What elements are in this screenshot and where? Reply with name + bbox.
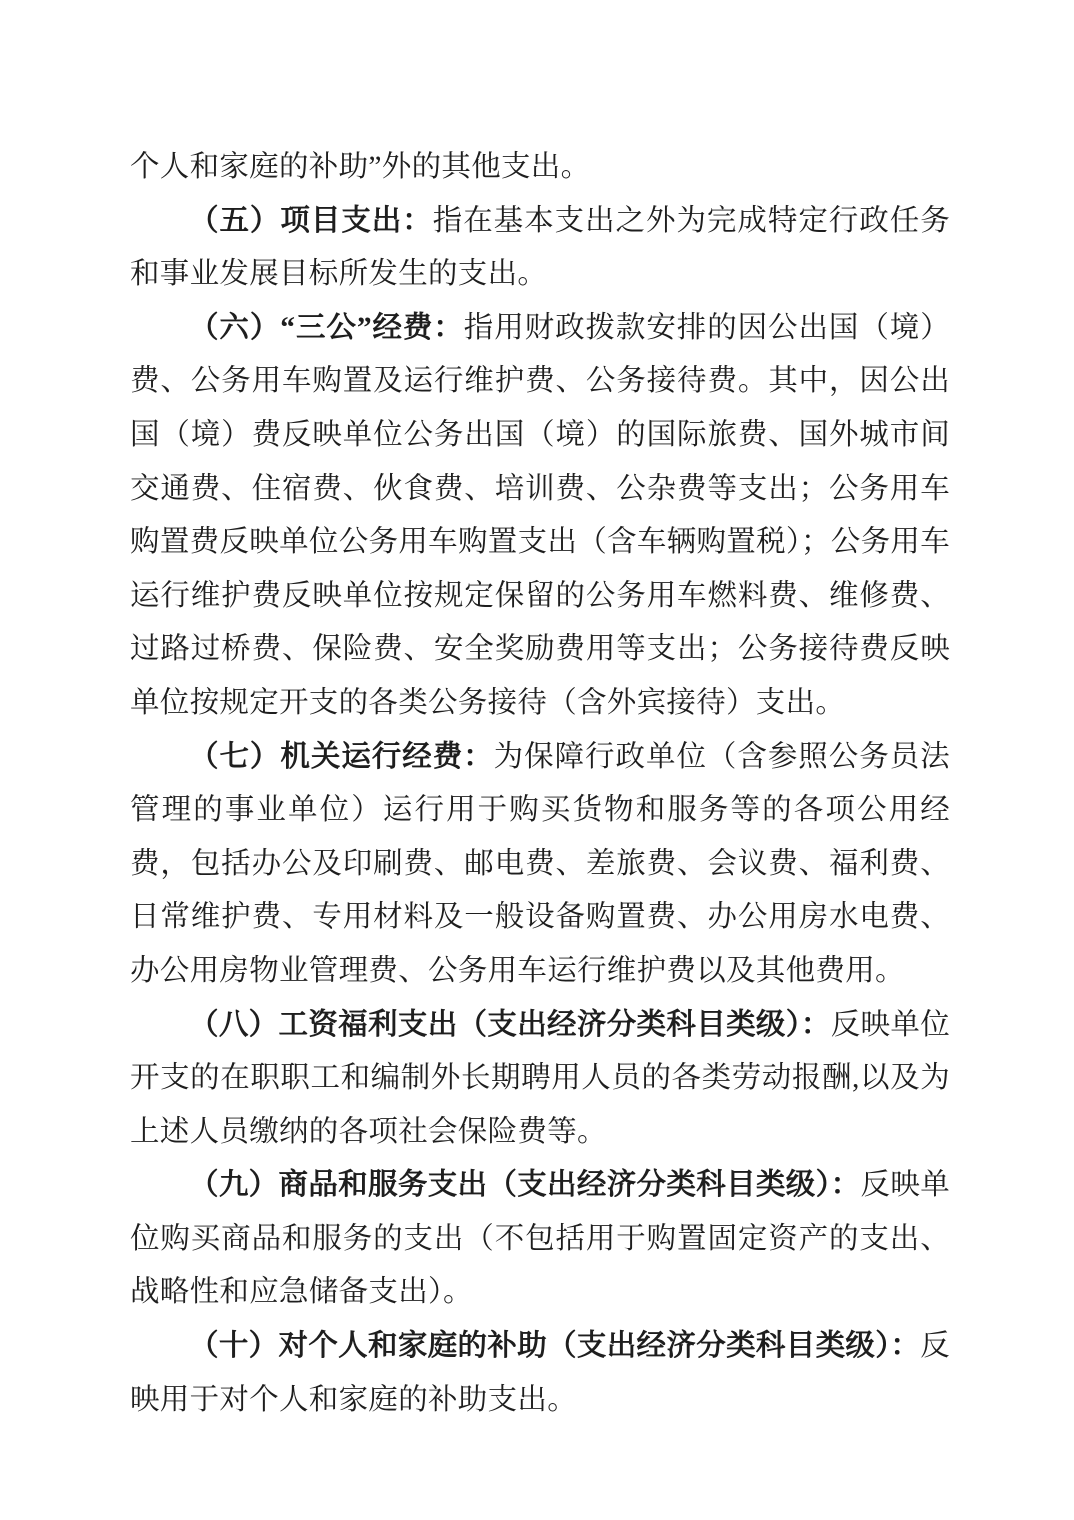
paragraph-item-10: （十）对个人和家庭的补助（支出经济分类科目类级）：反映用于对个人和家庭的补助支出… bbox=[130, 1320, 950, 1427]
paragraph-text: 个人和家庭的补助”外的其他支出。 bbox=[130, 151, 590, 183]
paragraph-heading: （九）商品和服务支出（支出经济分类科目类级）： bbox=[189, 1169, 861, 1201]
paragraph-item-7: （七）机关运行经费：为保障行政单位（含参照公务员法管理的事业单位）运行用于购买货… bbox=[130, 731, 950, 999]
document-page: 个人和家庭的补助”外的其他支出。 （五）项目支出：指在基本支出之外为完成特定行政… bbox=[0, 0, 1074, 1520]
paragraph-heading: （七）机关运行经费： bbox=[189, 741, 494, 773]
paragraph-text: 为保障行政单位（含参照公务员法管理的事业单位）运行用于购买货物和服务等的各项公用… bbox=[130, 741, 950, 987]
paragraph-item-5: （五）项目支出：指在基本支出之外为完成特定行政任务和事业发展目标所发生的支出。 bbox=[130, 195, 950, 302]
paragraph-heading: （八）工资福利支出（支出经济分类科目类级）： bbox=[189, 1009, 831, 1041]
paragraph-heading: （十）对个人和家庭的补助（支出经济分类科目类级）： bbox=[189, 1330, 920, 1362]
paragraph-item-8: （八）工资福利支出（支出经济分类科目类级）：反映单位开支的在职职工和编制外长期聘… bbox=[130, 999, 950, 1160]
paragraph-heading: （六）“三公”经费： bbox=[189, 312, 464, 344]
paragraph-heading: （五）项目支出： bbox=[189, 205, 433, 237]
paragraph-continuation: 个人和家庭的补助”外的其他支出。 bbox=[130, 141, 950, 195]
paragraph-item-6: （六）“三公”经费：指用财政拨款安排的因公出国（境）费、公务用车购置及运行维护费… bbox=[130, 302, 950, 731]
document-body: 个人和家庭的补助”外的其他支出。 （五）项目支出：指在基本支出之外为完成特定行政… bbox=[130, 141, 950, 1427]
paragraph-text: 指用财政拨款安排的因公出国（境）费、公务用车购置及运行维护费、公务接待费。其中，… bbox=[130, 312, 950, 719]
paragraph-item-9: （九）商品和服务支出（支出经济分类科目类级）：反映单位购买商品和服务的支出（不包… bbox=[130, 1159, 950, 1320]
